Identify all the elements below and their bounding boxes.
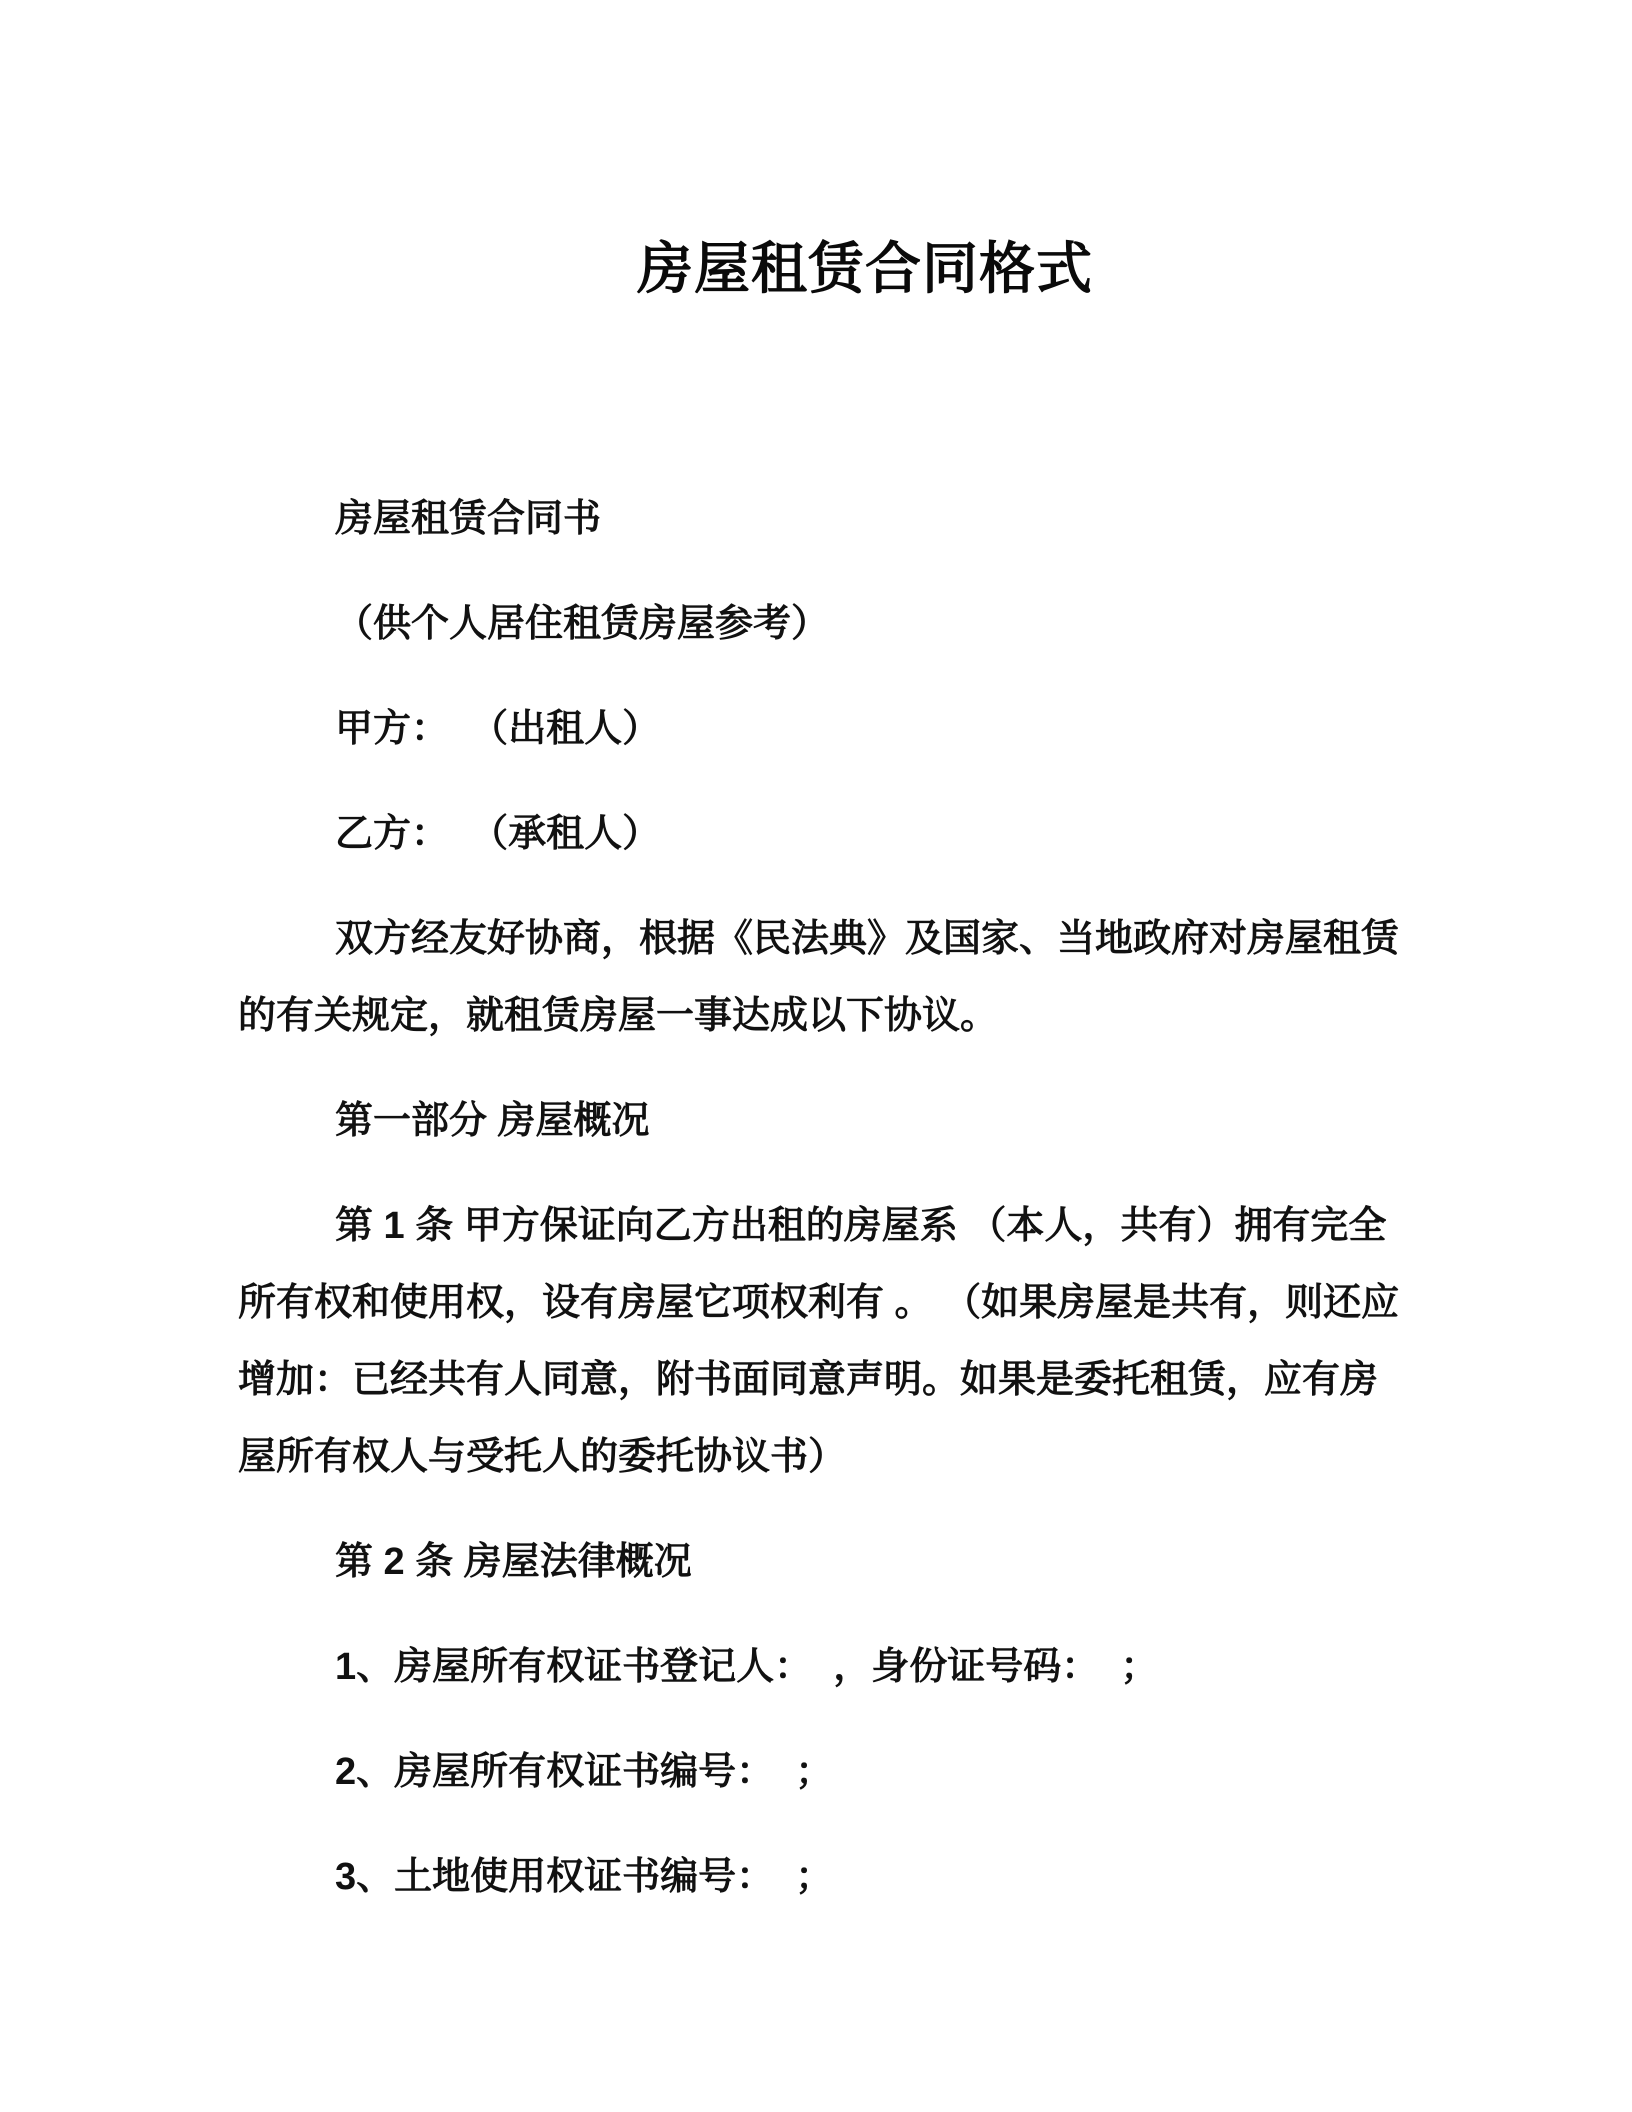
- document-line: 的有关规定，就租赁房屋一事达成以下协议。: [238, 978, 1458, 1055]
- document-line: 所有权和使用权，设有房屋它项权利有 。 （如果房屋是共有，则还应: [238, 1265, 1458, 1342]
- document-line: 第 1 条 甲方保证向乙方出租的房屋系 （本人，共有）拥有完全: [238, 1188, 1458, 1265]
- document-line: 2、房屋所有权证书编号： ；: [238, 1734, 1458, 1811]
- document-line: 房屋租赁合同书: [238, 481, 1458, 558]
- document-line: （供个人居住租赁房屋参考）: [238, 586, 1458, 663]
- paragraph: 3、土地使用权证书编号： ；: [238, 1839, 1458, 1916]
- paragraph: 双方经友好协商，根据《民法典》及国家、当地政府对房屋租赁的有关规定，就租赁房屋一…: [238, 901, 1458, 1055]
- paragraph: 第 2 条 房屋法律概况: [238, 1524, 1458, 1601]
- document-line: 屋所有权人与受托人的委托协议书）: [238, 1419, 1458, 1496]
- paragraph: 甲方： （出租人）: [238, 691, 1458, 768]
- document-line: 增加：已经共有人同意，附书面同意声明。如果是委托租赁，应有房: [238, 1342, 1458, 1419]
- document-line: 第 2 条 房屋法律概况: [238, 1524, 1458, 1601]
- document-title: 房屋租赁合同格式: [637, 225, 1093, 305]
- paragraph: （供个人居住租赁房屋参考）: [238, 586, 1458, 663]
- paragraph: 房屋租赁合同书: [238, 481, 1458, 558]
- paragraph: 第 1 条 甲方保证向乙方出租的房屋系 （本人，共有）拥有完全所有权和使用权，设…: [238, 1188, 1458, 1496]
- paragraph: 乙方： （承租人）: [238, 796, 1458, 873]
- document-line: 乙方： （承租人）: [238, 796, 1458, 873]
- document-line: 双方经友好协商，根据《民法典》及国家、当地政府对房屋租赁: [238, 901, 1458, 978]
- paragraph: 第一部分 房屋概况: [238, 1083, 1458, 1160]
- contract-document-page: 房屋租赁合同格式 房屋租赁合同书（供个人居住租赁房屋参考）甲方： （出租人）乙方…: [0, 0, 1632, 2112]
- paragraph: 2、房屋所有权证书编号： ；: [238, 1734, 1458, 1811]
- paragraph: 1、房屋所有权证书登记人： ，身份证号码： ；: [238, 1629, 1458, 1706]
- document-line: 第一部分 房屋概况: [238, 1083, 1458, 1160]
- document-line: 甲方： （出租人）: [238, 691, 1458, 768]
- document-line: 1、房屋所有权证书登记人： ，身份证号码： ；: [238, 1629, 1458, 1706]
- document-body: 房屋租赁合同书（供个人居住租赁房屋参考）甲方： （出租人）乙方： （承租人）双方…: [238, 481, 1458, 1944]
- document-line: 3、土地使用权证书编号： ；: [238, 1839, 1458, 1916]
